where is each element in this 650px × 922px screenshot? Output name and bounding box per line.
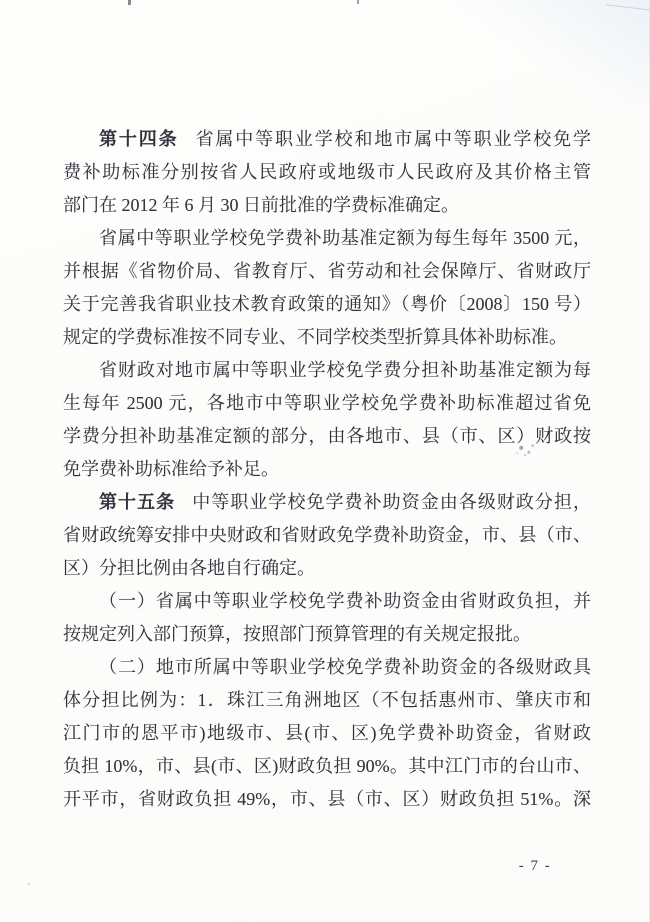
scan-tick-mark [128,0,131,5]
scanned-page: 第十四条省属中等职业学校和地市属中等职业学校免学费补助标准分别按省人民政府或地级… [0,0,650,922]
text-line: 并根据《省物价局、省教育厅、省劳动和社会保障厅、省财政厅 [63,255,591,288]
text-line: 按规定列入部门预算，按照部门预算管理的有关规定报批。 [63,618,591,651]
paragraph: 第十五条中等职业学校免学费补助资金由各级财政分担，省财政统筹安排中央财政和省财政… [63,486,591,585]
paragraph: （二）地市所属中等职业学校免学费补助资金的各级财政具体分担比例为：1．珠江三角洲… [63,651,591,816]
text-line: 免学费补助标准给予补足。 [63,453,591,486]
text-line: 省属中等职业学校免学费补助基准定额为每生每年 3500 元， [63,222,591,255]
text-line: 费补助标准分别按省人民政府或地级市人民政府及其价格主管 [63,156,591,189]
scan-speck [28,883,30,885]
text-line: 第十四条省属中等职业学校和地市属中等职业学校免学 [63,123,591,156]
text-line: 部门在 2012 年 6 月 30 日前批准的学费标准确定。 [63,189,591,222]
text-line: （二）地市所属中等职业学校免学费补助资金的各级财政具 [63,651,591,684]
text-line: 省财政统筹安排中央财政和省财政免学费补助资金，市、县（市、 [63,519,591,552]
text-line: 区）分担比例由各地自行确定。 [63,552,591,585]
scan-corner-tint [435,0,650,105]
paragraph: 第十四条省属中等职业学校和地市属中等职业学校免学费补助标准分别按省人民政府或地级… [63,123,591,222]
text-line: 省财政对地市属中等职业学校免学费分担补助基准定额为每 [63,354,591,387]
paragraph: 省财政对地市属中等职业学校免学费分担补助基准定额为每生每年 2500 元，各地市… [63,354,591,486]
page-number: - 7 - [503,858,567,875]
text-line: 开平市，省财政负担 49%，市、县（市、区）财政负担 51%。深 [63,783,591,816]
text-line: 学费分担补助基准定额的部分，由各地市、县（市、区）财政按 [63,420,591,453]
text-line: 第十五条中等职业学校免学费补助资金由各级财政分担， [63,486,591,519]
document-body: 第十四条省属中等职业学校和地市属中等职业学校免学费补助标准分别按省人民政府或地级… [63,123,591,816]
paragraph: （一）省属中等职业学校免学费补助资金由省财政负担，并按规定列入部门预算，按照部门… [63,585,591,651]
text-line: 江门市的恩平市)地级市、县(市、区)免学费补助资金，省财政 [63,717,591,750]
text-line: 规定的学费标准按不同专业、不同学校类型折算具体补助标准。 [63,321,591,354]
text-line: 关于完善我省职业技术教育政策的通知》（粤价〔2008〕150 号） [63,288,591,321]
scan-edge-line [606,4,650,11]
text-line: （一）省属中等职业学校免学费补助资金由省财政负担，并 [63,585,591,618]
text-line: 生每年 2500 元，各地市中等职业学校免学费补助标准超过省免 [63,387,591,420]
paragraph: 省属中等职业学校免学费补助基准定额为每生每年 3500 元，并根据《省物价局、省… [63,222,591,354]
scan-tick-mark [357,0,359,4]
text-line: 负担 10%，市、县(市、区)财政负担 90%。其中江门市的台山市、 [63,750,591,783]
article-number: 第十四条 [99,129,178,149]
text-line: 体分担比例为：1．珠江三角洲地区（不包括惠州市、肇庆市和 [63,684,591,717]
article-number: 第十五条 [99,492,175,512]
